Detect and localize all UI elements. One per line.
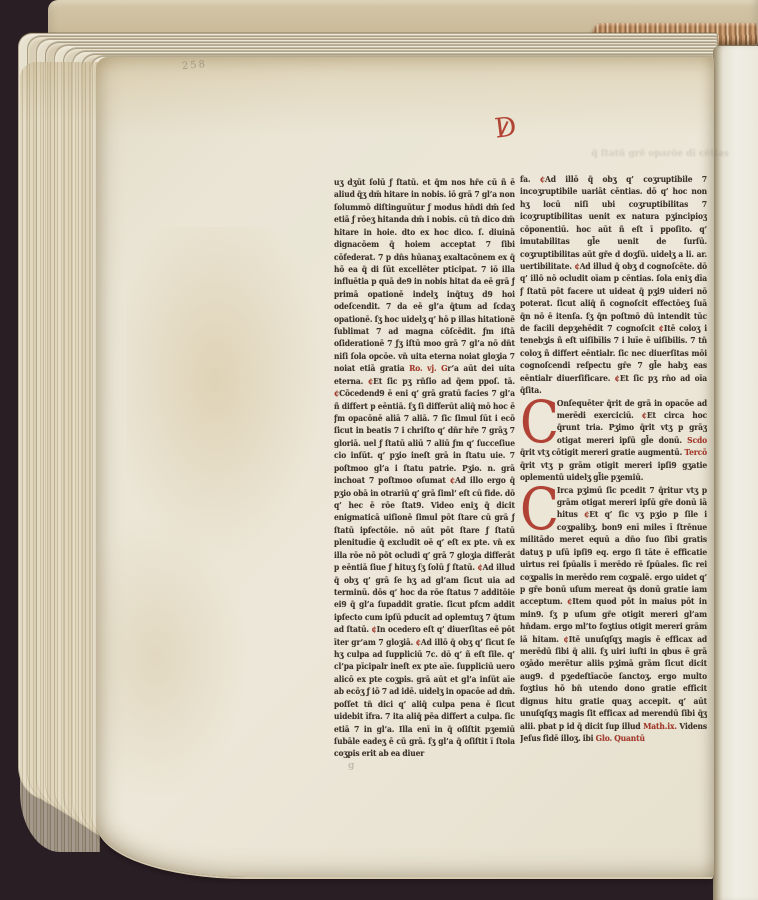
rubricated-text: Math.ix. <box>643 722 677 732</box>
body-text: Cōcedend9 ē eni q’ grā gratū facies 7 gl… <box>334 389 515 486</box>
body-text: q̄rit vtʒ p grām otigit mereri ipſi9 gʒa… <box>520 461 707 483</box>
book-page: 258 D q̄ ſtatū grē oparōe dī cētias uʒ d… <box>96 57 714 877</box>
fore-edge-texture <box>20 62 100 852</box>
stain <box>96 517 246 797</box>
rubricated-text: Tercō <box>685 448 707 458</box>
rubric-initial: C <box>520 399 555 445</box>
rubric-initial: C <box>520 486 555 532</box>
body-text: Itē unuſqſqʒ magis ē efficax ad merēdū ſ… <box>520 635 707 732</box>
ink-show-through: q̄ ſtatū grē oparōe dī cētias <box>524 147 758 163</box>
body-text: Ad illō q̄ obʒ q’ coʒruptibile 7 incoʒru… <box>520 175 707 272</box>
text-paragraph: uʒ dʒūt ſolū ƒ ſtatū. et q̄m nos hr̄e cū… <box>334 177 515 761</box>
text-column-left: uʒ dʒūt ſolū ƒ ſtatū. et q̄m nos hr̄e cū… <box>334 177 515 775</box>
body-text: fa. <box>520 175 540 185</box>
text-column-right: fa. ¢Ad illō q̄ obʒ q’ coʒruptibile 7 in… <box>520 174 707 770</box>
pencil-foliation-number: 258 <box>182 59 208 73</box>
text-column-right-content: fa. ¢Ad illō q̄ obʒ q’ coʒruptibile 7 in… <box>520 174 707 745</box>
text-paragraph: fa. ¢Ad illō q̄ obʒ q’ coʒruptibile 7 in… <box>520 174 707 398</box>
stain <box>126 227 326 567</box>
photo-of-open-incunabulum: { "colors": { "background": "#281e23", "… <box>0 0 758 900</box>
body-text: Ad illo ergo q̄ pʒio obā in otrariū q’ g… <box>334 476 515 573</box>
facing-page <box>713 46 758 900</box>
text-paragraph: COnſequēter q̄rit de grā in opacōe ad me… <box>520 398 707 485</box>
body-text: q̄rit vtʒ cōtigit mereri gratie augmentū… <box>520 448 685 458</box>
rubricated-quire-mark: D <box>493 111 527 148</box>
rubricated-text: Scdo <box>687 436 707 446</box>
body-text: Et ſic pʒ rn̄ſio ad q̄em ppoſ. tā. <box>373 377 515 387</box>
text-paragraph: CIrca pʒimū ſic pcedit 7 q̄ritur vtʒ p g… <box>520 485 707 746</box>
rubricated-text: Ro. vj. <box>409 364 441 374</box>
body-text: uʒ dʒūt ſolū ƒ ſtatū. et q̄m nos hr̄e cū… <box>334 178 515 374</box>
rubricated-text: Quantū <box>614 734 645 744</box>
body-text: Ad illō q̄ obʒ q’ ſicut ſe hʒ culpa ad ſ… <box>334 638 515 760</box>
faint-signature-mark: g <box>348 761 354 771</box>
rubricated-text: Glo. <box>596 734 612 744</box>
text-column-left-content: uʒ dʒūt ſolū ƒ ſtatū. et q̄m nos hr̄e cū… <box>334 177 515 761</box>
